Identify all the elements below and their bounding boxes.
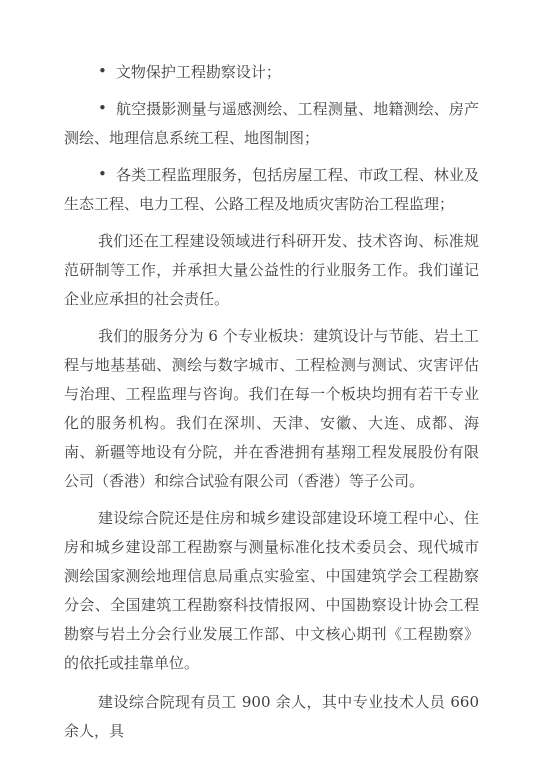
body-paragraph: 建设综合院还是住房和城乡建设部建设环境工程中心、住房和城乡建设部工程勘察与测量标…	[64, 504, 479, 678]
body-paragraph: 建设综合院现有员工 900 余人，其中专业技术人员 660 余人，具	[64, 688, 479, 746]
bullet-text: 文物保护工程勘察设计；	[116, 63, 281, 81]
bullet-item: •文物保护工程勘察设计；	[64, 58, 479, 87]
body-paragraph: 我们的服务分为 6 个专业板块：建筑设计与节能、岩土工程与地基基础、测绘与数字城…	[64, 322, 479, 496]
bullet-icon: •	[98, 57, 107, 86]
body-paragraph: 我们还在工程建设领域进行科研开发、技术咨询、标准规范研制等工作，并承担大量公益性…	[64, 227, 479, 314]
bullet-icon: •	[98, 160, 107, 189]
bullet-icon: •	[98, 94, 107, 123]
bullet-item: •各类工程监理服务，包括房屋工程、市政工程、林业及生态工程、电力工程、公路工程及…	[64, 161, 479, 219]
bullet-text: 各类工程监理服务，包括房屋工程、市政工程、林业及生态工程、电力工程、公路工程及地…	[64, 166, 479, 213]
bullet-text: 航空摄影测量与遥感测绘、工程测量、地籍测绘、房产测绘、地理信息系统工程、地图制图…	[64, 100, 479, 147]
bullet-item: •航空摄影测量与遥感测绘、工程测量、地籍测绘、房产测绘、地理信息系统工程、地图制…	[64, 95, 479, 153]
document-page: •文物保护工程勘察设计； •航空摄影测量与遥感测绘、工程测量、地籍测绘、房产测绘…	[0, 0, 543, 768]
